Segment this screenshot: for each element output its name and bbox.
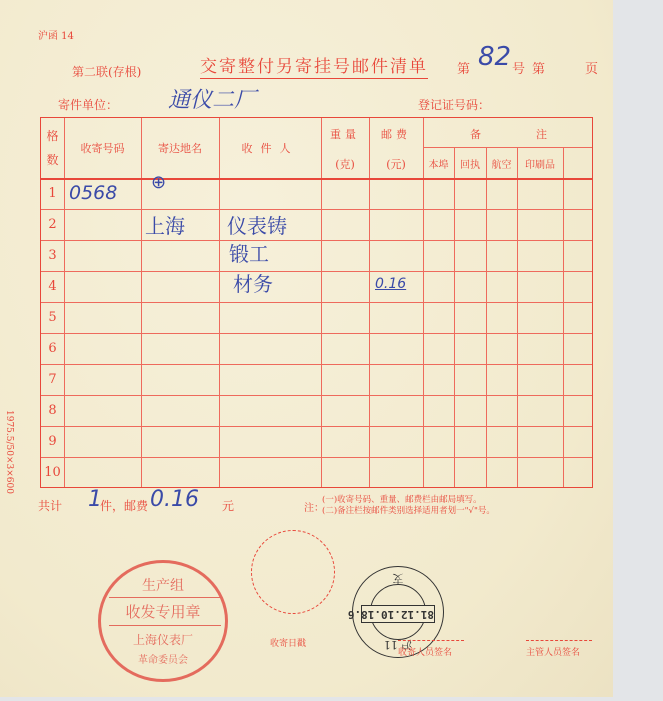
date-stamp-label: 收寄日戳 [270, 636, 306, 649]
seal-rule [109, 625, 221, 626]
print-run-info: 1975.5/50×3×600 [4, 410, 14, 494]
seal-line-2: 收发专用章 [101, 601, 225, 622]
note-line-2: (二)备注栏按邮件类别选择适用者划一"√"号。 [322, 504, 495, 516]
header-remarks-local: 本埠 [423, 156, 454, 171]
header-postage-unit: (元) [369, 156, 423, 172]
seal-rule [109, 597, 221, 598]
total-count-unit: 件，邮费 [100, 497, 148, 514]
total-label: 共计 [38, 497, 62, 514]
header-tracking-no: 收寄号码 [64, 140, 141, 156]
notes-label: 注： [304, 499, 324, 514]
postal-form-sheet: 沪函 14 第二联(存根) 交寄整付另寄挂号邮件清单 第 82 号 第 页 寄件… [0, 0, 613, 697]
remarks-subheader-line [423, 147, 592, 148]
row-line [41, 457, 592, 458]
header-row-num: 格数 [41, 124, 64, 172]
total-fee-unit: 元 [222, 497, 234, 514]
number-suffix: 号 [512, 58, 525, 77]
col-divider [486, 147, 487, 487]
supervisor-signature-label: 主管人员签名 [526, 645, 580, 658]
col-divider [563, 147, 564, 487]
row-line [41, 271, 592, 272]
row-line [41, 364, 592, 365]
row-line [41, 302, 592, 303]
row-number: 8 [41, 403, 64, 418]
destination-mark-icon: ⊕ [151, 172, 166, 193]
total-fee: 0.16 [150, 487, 199, 512]
recipient-cell: 材务 [233, 268, 273, 297]
recipient-cell: 仪表铸 [227, 210, 287, 239]
row-line [41, 209, 592, 210]
sender-unit-value: 通仪二厂 [168, 83, 256, 114]
header-remarks-airmail: 航空 [486, 156, 517, 171]
date-stamp-area [251, 530, 335, 614]
postmark-date: 81.12.10.18.6 [361, 605, 435, 623]
header-weight: 重量 [321, 126, 369, 142]
seal-line-3: 上海仪表厂 [101, 631, 225, 648]
col-divider [454, 147, 455, 487]
row-number: 3 [41, 248, 64, 263]
row-number: 10 [41, 465, 64, 480]
page-prefix: 第 [532, 58, 545, 77]
header-postage: 邮费 [369, 126, 423, 142]
copy-label: 第二联(存根) [72, 63, 141, 80]
form-title: 交寄整付另寄挂号邮件清单 [200, 52, 428, 79]
header-remarks-receipt: 回执 [454, 156, 486, 171]
registration-label: 登记证号码： [418, 96, 490, 113]
row-number: 6 [41, 341, 64, 356]
supervisor-signature-line [526, 640, 592, 641]
row-line [41, 426, 592, 427]
mail-list-table: 格数 收寄号码 寄达地名 收件人 重量 (克) 邮费 (元) 备 注 本埠 回执… [40, 117, 593, 488]
page-suffix: 页 [585, 58, 598, 77]
row-line [41, 333, 592, 334]
row-number: 4 [41, 279, 64, 294]
row-line [41, 395, 592, 396]
row-number: 5 [41, 310, 64, 325]
header-destination: 寄达地名 [141, 140, 219, 156]
form-code: 沪函 14 [38, 27, 74, 42]
seal-line-4: 革命委员会 [101, 651, 225, 666]
clerk-signature-label: 收寄人员签名 [398, 645, 452, 658]
destination-cell: 上海 [145, 210, 185, 239]
recipient-cell: 锻工 [229, 238, 269, 267]
header-recipient: 收件人 [219, 140, 321, 156]
row-number: 2 [41, 217, 64, 232]
header-weight-unit: (克) [321, 156, 369, 172]
header-remarks: 备 注 [423, 126, 594, 142]
header-bottom-line [41, 178, 592, 180]
header-remarks-printed-matter: 印刷品 [517, 156, 563, 171]
seal-line-1: 生产组 [101, 575, 225, 595]
organization-seal: 生产组 收发专用章 上海仪表厂 革命委员会 [98, 560, 228, 682]
form-number: 82 [478, 42, 511, 72]
clerk-signature-line [398, 640, 464, 641]
row-number: 1 [41, 186, 64, 201]
col-divider [517, 147, 518, 487]
tracking-no-cell: 0568 [69, 182, 117, 204]
postmark-bottom: 支 [353, 571, 443, 587]
number-prefix: 第 [457, 58, 470, 77]
sender-unit-label: 寄件单位： [58, 96, 118, 113]
postage-cell: 0.16 [375, 276, 406, 292]
row-line [41, 240, 592, 241]
row-number: 9 [41, 434, 64, 449]
row-number: 7 [41, 372, 64, 387]
